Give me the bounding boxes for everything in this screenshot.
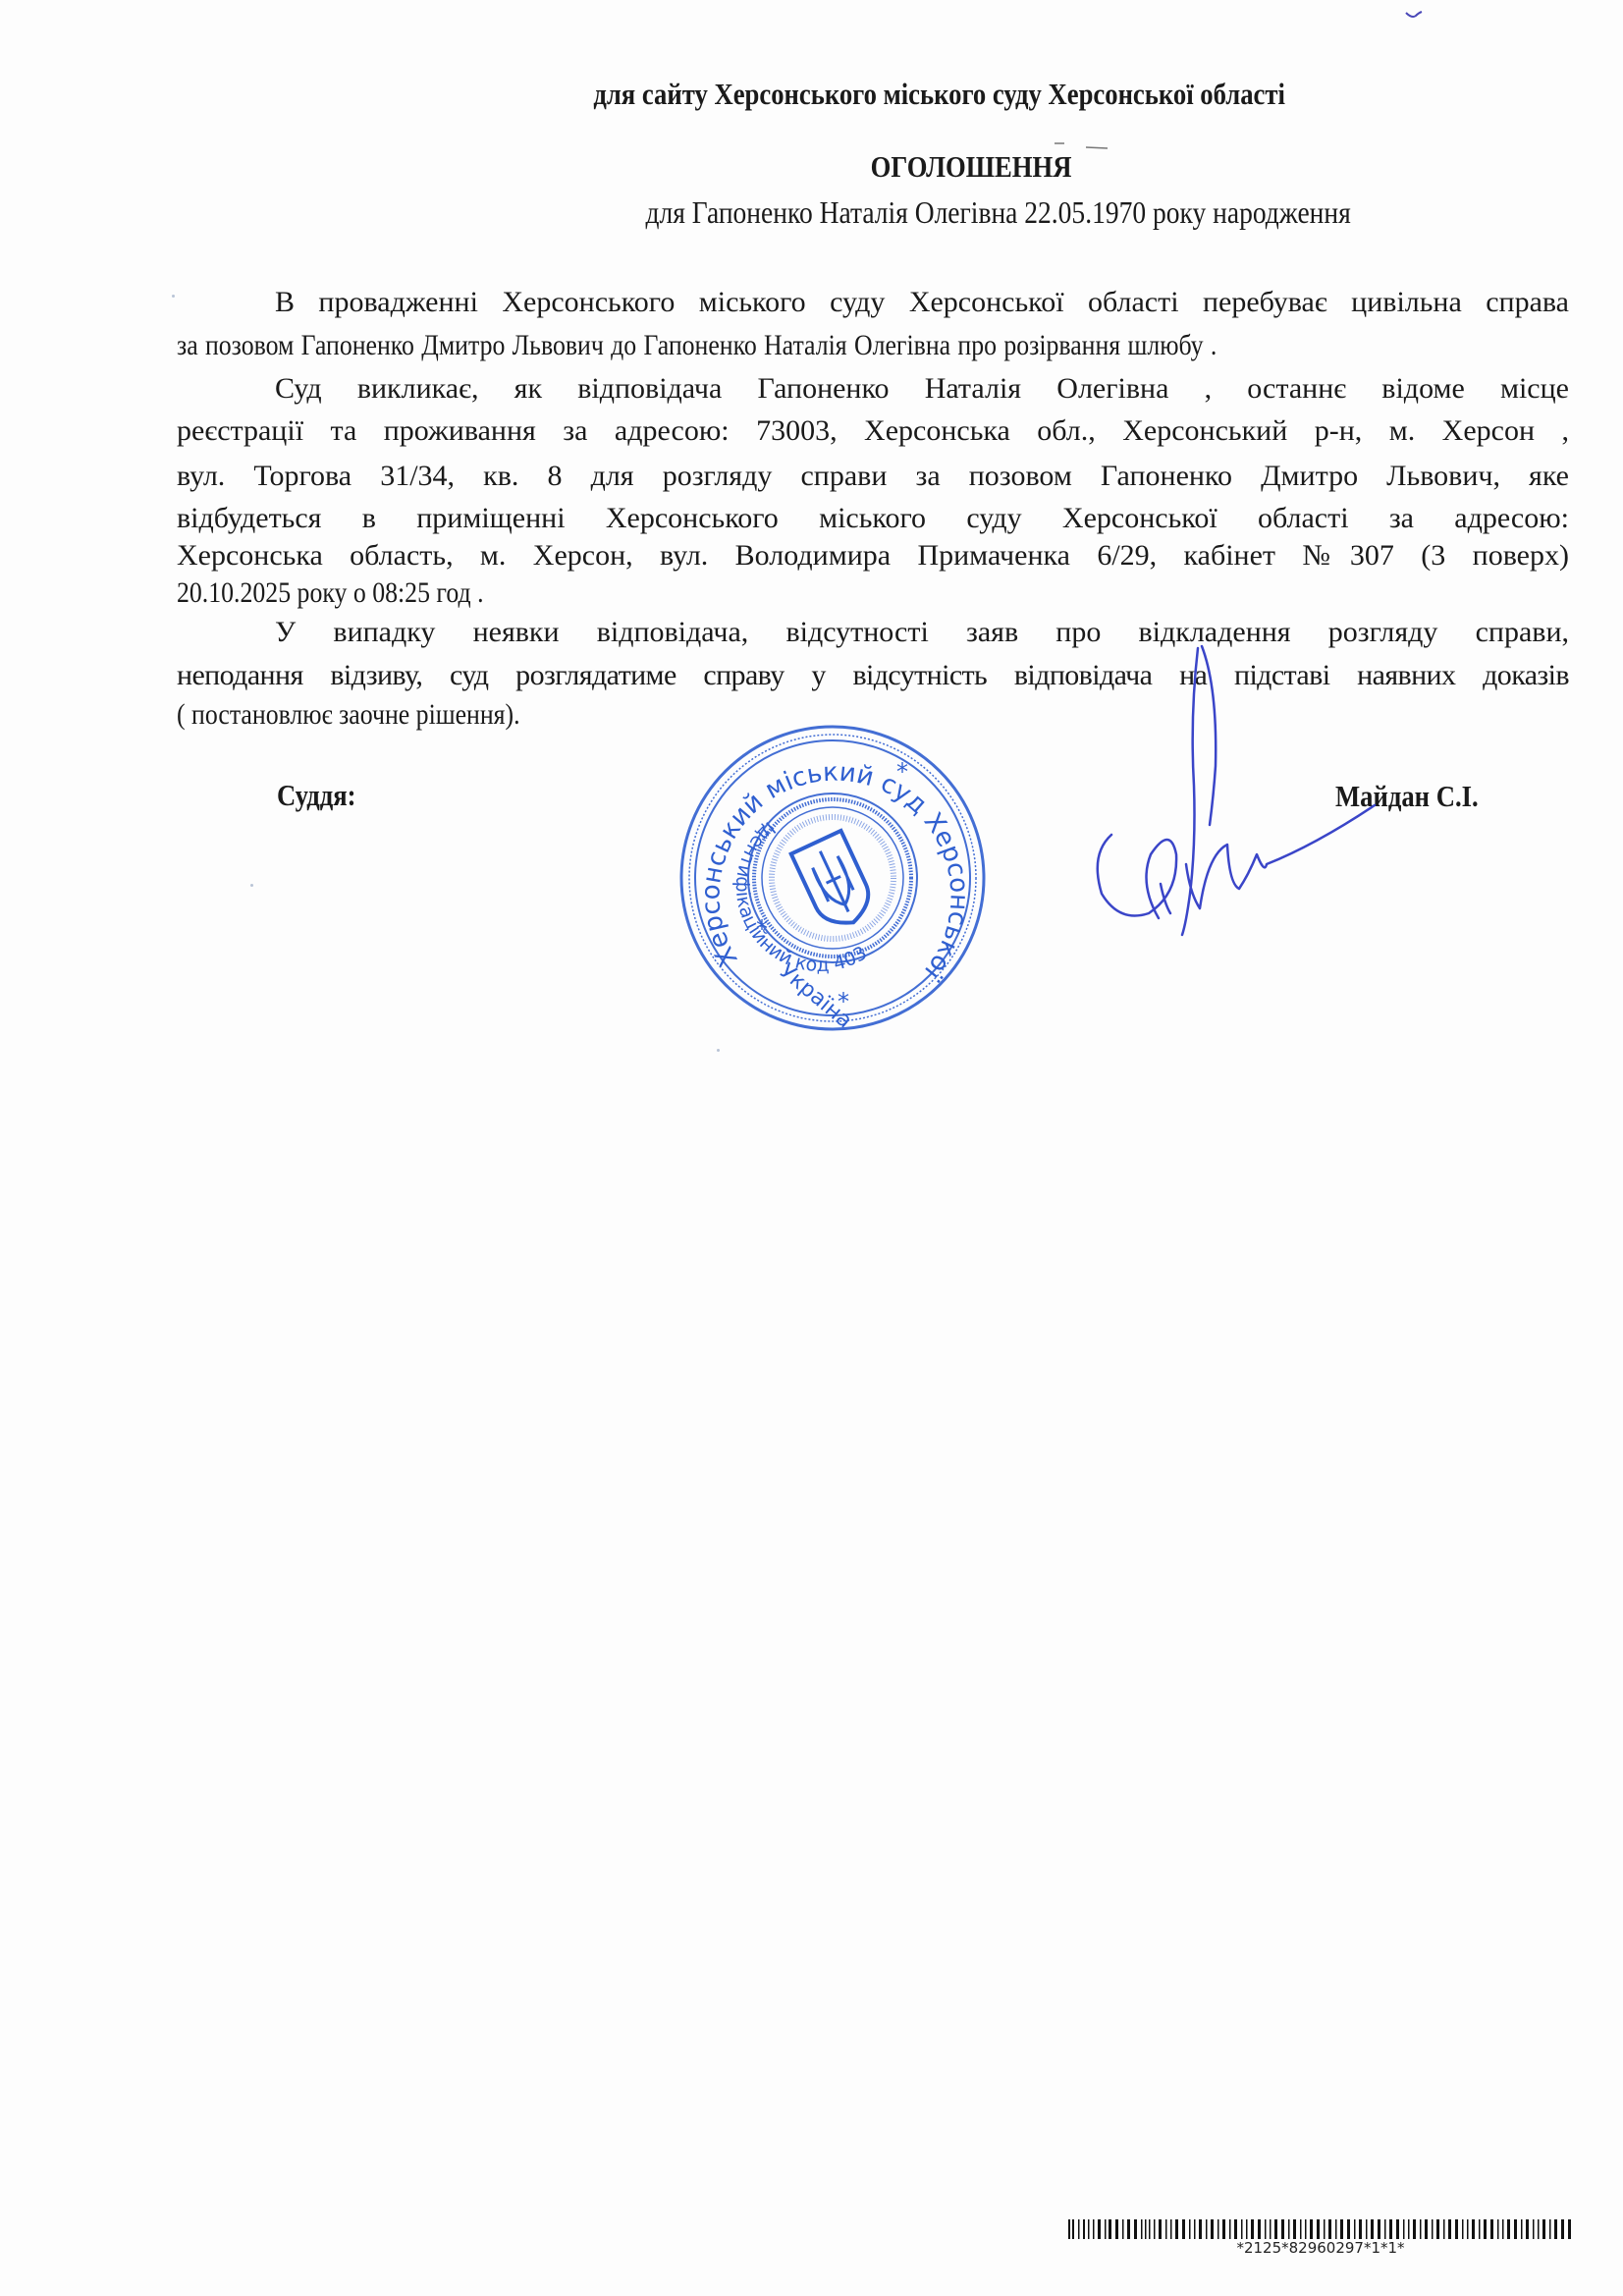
body-line-text: вул. Торгова 31/34, кв. 8 для розгляду с… bbox=[177, 459, 1569, 494]
body-line-text: відбудеться в приміщенні Херсонського мі… bbox=[177, 501, 1569, 536]
barcode-icon bbox=[1068, 2219, 1573, 2239]
barcode-number: *2125*82960297*1*1* bbox=[1068, 2239, 1573, 2257]
document-subtitle: для Гапоненко Наталія Олегівна 22.05.197… bbox=[0, 194, 1623, 231]
judge-signature-icon bbox=[1080, 629, 1394, 962]
document-title: ОГОЛОШЕННЯ bbox=[0, 149, 1623, 185]
judge-label-text: Суддя: bbox=[277, 778, 356, 813]
title-text: ОГОЛОШЕННЯ bbox=[871, 149, 1072, 185]
body-line-text: ( постановлює заочне рішення). bbox=[177, 697, 520, 733]
body-line: 20.10.2025 року о 08:25 год . bbox=[177, 575, 1569, 611]
header-text: для сайту Херсонського міського суду Хер… bbox=[593, 77, 1285, 112]
scan-speck bbox=[250, 884, 253, 887]
scan-speck bbox=[172, 295, 175, 298]
body-line: Суд викликає, як відповідача Гапоненко Н… bbox=[275, 371, 1569, 407]
body-line-text: Херсонська область, м. Херсон, вул. Воло… bbox=[177, 538, 1569, 574]
court-stamp-icon: Херсонський міський суд Херсонської обла… bbox=[676, 723, 990, 1033]
body-line: вул. Торгова 31/34, кв. 8 для розгляду с… bbox=[177, 459, 1569, 494]
body-line: реєстрації та проживання за адресою: 730… bbox=[177, 413, 1569, 449]
svg-text:*: * bbox=[756, 915, 768, 943]
scan-artifact-icon bbox=[1053, 139, 1111, 151]
judge-label: Суддя: bbox=[277, 778, 369, 813]
body-line: В провадженні Херсонського міського суду… bbox=[275, 285, 1569, 320]
subtitle-text: для Гапоненко Наталія Олегівна 22.05.197… bbox=[645, 194, 1350, 231]
body-line: за позовом Гапоненко Дмитро Львович до Г… bbox=[177, 328, 1569, 363]
svg-text:*: * bbox=[838, 988, 849, 1015]
document-header: для сайту Херсонського міського суду Хер… bbox=[0, 77, 1623, 112]
svg-text:*: * bbox=[896, 758, 908, 786]
ink-mark-icon bbox=[1404, 10, 1424, 20]
body-line-text: В провадженні Херсонського міського суду… bbox=[275, 285, 1569, 320]
body-line-text: за позовом Гапоненко Дмитро Львович до Г… bbox=[177, 328, 1217, 363]
body-line: відбудеться в приміщенні Херсонського мі… bbox=[177, 501, 1569, 536]
body-line-text: Суд викликає, як відповідача Гапоненко Н… bbox=[275, 371, 1569, 407]
scan-speck bbox=[717, 1049, 720, 1052]
body-line: Херсонська область, м. Херсон, вул. Воло… bbox=[177, 538, 1569, 574]
body-line-text: 20.10.2025 року о 08:25 год . bbox=[177, 575, 484, 611]
body-line-text: реєстрації та проживання за адресою: 730… bbox=[177, 413, 1569, 449]
